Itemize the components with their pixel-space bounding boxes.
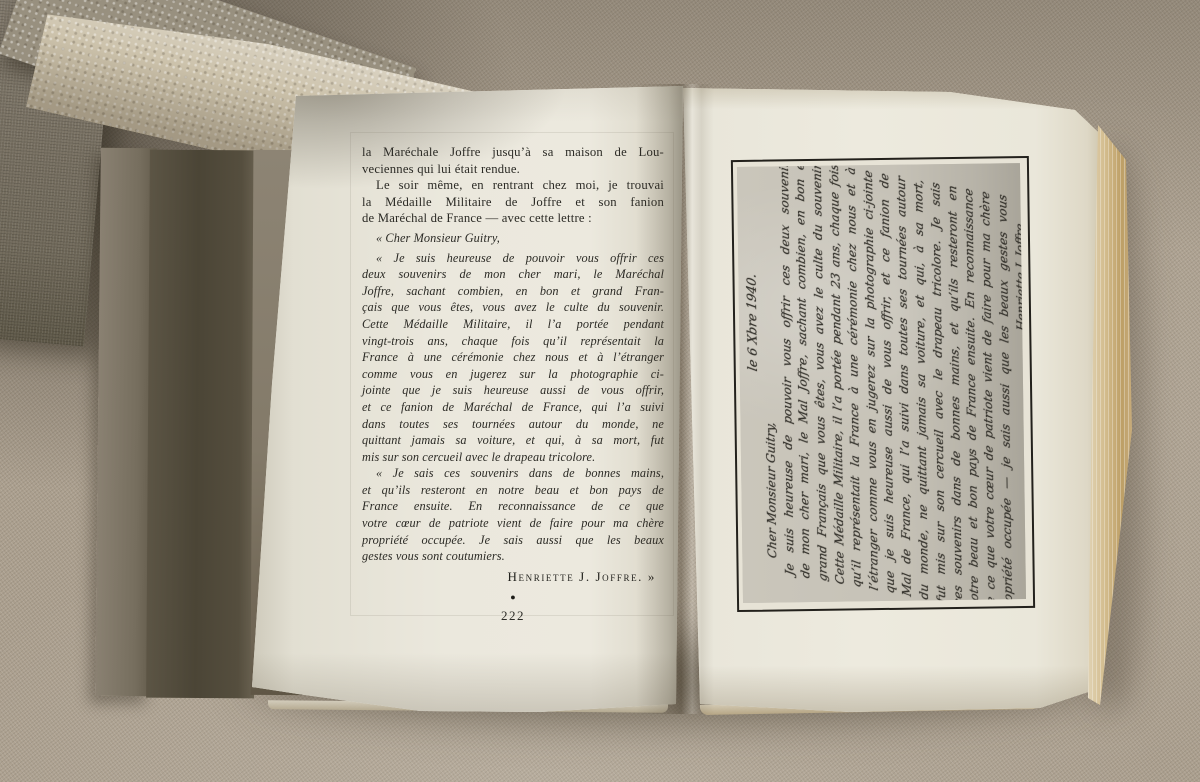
text-line: gestes vous sont coutumiers. <box>362 548 664 565</box>
text-line: « Cher Monsieur Guitry, <box>362 230 664 247</box>
text-line: dans toutes ses tournées autour du monde… <box>362 416 664 433</box>
text-line: et qu’ils resteront en notre beau et bon… <box>362 482 664 499</box>
text-line: mis sur son cercueil avec le drapeau tri… <box>362 449 664 466</box>
text-line: quittant jamais sa voiture, et qui, à sa… <box>362 432 664 449</box>
text-line: deux souvenirs de mon cher mari, le Maré… <box>362 266 664 283</box>
left-page: la Maréchale Joffre jusqu’à sa maison de… <box>250 84 685 716</box>
text-line: Le soir même, en rentrant chez moi, je t… <box>362 177 664 194</box>
text-line: vingt-trois ans, chaque fois qu’il repré… <box>362 333 664 350</box>
text-line: Joffre, sachant combien, en bon et grand… <box>362 283 664 300</box>
book-photograph: la Maréchale Joffre jusqu’à sa maison de… <box>0 0 1200 782</box>
text-block-impression <box>350 132 674 616</box>
handwriting-rotated-block: le 6 Xbre 1940.Cher Monsieur Guitry,Je s… <box>737 165 1025 601</box>
letter-photo-frame: le 6 Xbre 1940.Cher Monsieur Guitry,Je s… <box>731 156 1035 612</box>
ornament-dot: ● <box>362 590 664 604</box>
text-line: votre cœur de patriote vient de faire po… <box>362 515 664 532</box>
right-page: le 6 Xbre 1940.Cher Monsieur Guitry,Je s… <box>668 84 1100 716</box>
text-line: jointe que je suis heureuse aussi de vou… <box>362 382 664 399</box>
text-line: « Je suis heureuse de pouvoir vous offri… <box>362 250 664 267</box>
paragraph: « Je suis heureuse de pouvoir vous offri… <box>362 250 664 466</box>
text-line: France ensuite. En reconnaissance de ce … <box>362 498 664 515</box>
text-line: et ce fanion de Maréchal de France, qui … <box>362 399 664 416</box>
paragraph: la Maréchale Joffre jusqu’à sa maison de… <box>362 144 664 177</box>
page-number: 222 <box>362 608 664 624</box>
paragraph: Le soir même, en rentrant chez moi, je t… <box>362 177 664 227</box>
paragraph: « Cher Monsieur Guitry, <box>362 230 664 247</box>
handwriting: le 6 Xbre 1940.Cher Monsieur Guitry,Je s… <box>737 163 1026 603</box>
text-line: Cette Médaille Militaire, il l’a portée … <box>362 316 664 333</box>
text-line: çais que vous êtes, vous avez le culte d… <box>362 299 664 316</box>
text-line: France à une cérémonie chez nous et à l’… <box>362 349 664 366</box>
text-line: veciennes qui lui était rendue. <box>362 161 664 178</box>
text-line: comme vous en jugerez sur la photographi… <box>362 366 664 383</box>
text-line: « Je sais ces souvenirs dans de bonnes m… <box>362 465 664 482</box>
text-line: la Médaille Militaire de Joffre et son f… <box>362 194 664 211</box>
cover-inner-fold <box>146 150 258 699</box>
handwritten-letter-photo: le 6 Xbre 1940.Cher Monsieur Guitry,Je s… <box>737 163 1026 603</box>
paragraph: « Je sais ces souvenirs dans de bonnes m… <box>362 465 664 565</box>
text-line: de Maréchal de France — avec cette lettr… <box>362 210 664 227</box>
gutter-shadow <box>636 84 714 714</box>
text-line: la Maréchale Joffre jusqu’à sa maison de… <box>362 144 664 161</box>
text-line: propriété occupée. Je sais aussi que les… <box>362 532 664 549</box>
letter-signature: Henriette J. Joffre. » <box>362 568 664 585</box>
left-page-text: la Maréchale Joffre jusqu’à sa maison de… <box>362 144 664 624</box>
